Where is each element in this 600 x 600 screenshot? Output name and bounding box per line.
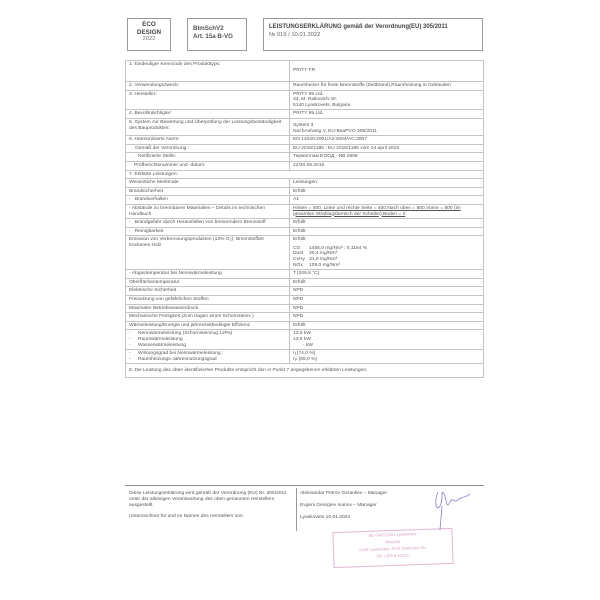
table-row: -Nennwärmeleistung (Schornsteinzug 12Pa)… xyxy=(126,330,484,350)
table-row: OberflächentemperaturErfüllt xyxy=(126,278,484,287)
signed-for-label: Unterzeichnet für und im Namen des Herst… xyxy=(129,514,289,520)
s3-label: 3. Hersteller: xyxy=(126,90,290,110)
power-label: Nennwärmeleistung (Schornsteinzug 12Pa) xyxy=(138,331,232,336)
power-labels: -Nennwärmeleistung (Schornsteinzug 12Pa)… xyxy=(126,330,290,350)
table-row: Wesentliche Merkmale: Leistungen: xyxy=(126,179,484,188)
eco-line2: DESIGN xyxy=(128,29,170,37)
document-number: № 019 / 10.01.2022 xyxy=(269,32,482,38)
emission-values: Erfüllt CO1455,0 mg/Nm³ ; 0,1164 % Dust3… xyxy=(290,236,484,270)
table-row: - Brandgefahr durch Herausfallen von bre… xyxy=(126,219,484,228)
table-row: 7. Erklärte Leistungen: xyxy=(126,170,484,179)
s1-value: PRITY FR xyxy=(290,61,484,82)
table-row: 8. Die Leistung des oben identifizierten… xyxy=(126,364,484,378)
power-value: - kW xyxy=(293,343,480,349)
row-value: Erfüllt xyxy=(290,278,484,287)
emission-nox: NOx105,0 mg/Nm³ xyxy=(293,263,480,269)
row-label: Freisetzung von gefährlichen Stoffen xyxy=(126,296,290,305)
row-value: Erfüllt xyxy=(290,187,484,196)
eco-line1: ECO xyxy=(128,21,170,29)
table-row: Emission von Verbrennungsprodukten (13% … xyxy=(126,236,484,270)
document-title: LEISTUNGSERKLÄRUNG gemäß der Verordnung(… xyxy=(269,24,482,30)
row-value: Erfüllt xyxy=(290,227,484,236)
table-row: - Abstände zu brennbaren Materialien – D… xyxy=(126,204,484,218)
test-report-label: Prüfberichtsnummer und -datum: xyxy=(126,161,290,170)
characteristics-header: Wesentliche Merkmale: xyxy=(126,179,290,188)
s6-label: 6. Harmonisierte Norm: xyxy=(126,136,290,145)
notified-body-label: Notifizierte Stelle: xyxy=(126,153,290,162)
row-label: - Abgastemperatur bei Nennwärmeleistung xyxy=(126,270,290,279)
table-row: Wärmeleistung/Energie und jahreszeitbedi… xyxy=(126,321,484,330)
emission-value: 105,0 mg/Nm³ xyxy=(309,263,340,269)
table-row: 1. Eindeutiger Kenncode des Produkttyps:… xyxy=(126,61,484,82)
row-value: NPD xyxy=(290,287,484,296)
table-row: Brandsicherheit Erfüllt xyxy=(126,187,484,196)
power-values: 13,9 kW 13,9 kW - kW xyxy=(290,330,484,350)
table-row: Freisetzung von gefährlichen StoffenNPD xyxy=(126,296,484,305)
regulation-label: Gemäß der Verordnung : xyxy=(126,144,290,153)
document-title-box: LEISTUNGSERKLÄRUNG gemäß der Verordnung(… xyxy=(263,18,483,51)
row-label: - Reinigbarkeit xyxy=(126,227,290,236)
power-label: Wasserwärmeleistung xyxy=(138,343,186,348)
emission-status: Erfüllt xyxy=(293,237,480,243)
row-label: Wärmeleistung/Energie und jahreszeitbedi… xyxy=(126,321,290,330)
table-row: Prüfberichtsnummer und -datum: 22/30.05.… xyxy=(126,161,484,170)
row-label: Maximaler Betriebswasserdruck xyxy=(126,304,290,313)
table-row: - Abgastemperatur bei NennwärmeleistungT… xyxy=(126,270,484,279)
regulation-value: EU 2015/1185 ; EU 2015/1186 vom 24 april… xyxy=(290,144,484,153)
table-row: 5. System zur Bewertung und Überprüfung … xyxy=(126,118,484,135)
s5-label: 5. System zur Bewertung und Überprüfung … xyxy=(126,118,290,135)
company-stamp: BG 040222401 Lyaskovets Bulgaria 5140 Ly… xyxy=(332,528,453,568)
handwritten-signature-icon xyxy=(420,482,480,532)
row-label: - Brandverhalten xyxy=(126,196,290,205)
table-row: Notifizierte Stelle: Термоплам ЕООД - NB… xyxy=(126,153,484,162)
s3-value: PRITY 95 Ltd. 33, M. Raikovich str. 5140… xyxy=(290,90,484,110)
row-value: A1 xyxy=(290,196,484,205)
efficiency-labels: -Wirkungsgrad bei Nennwärmeleistung : -R… xyxy=(126,350,290,364)
blm-line1: BImSchV2 xyxy=(193,25,246,33)
s2-value: Raumheizer für feste Brennstoffe (Zeitbr… xyxy=(290,82,484,91)
table-row: Mechanische Festigkeit (Zum tragen eines… xyxy=(126,313,484,322)
table-row: 2. Verwendungszweck: Raumheizer für fest… xyxy=(126,82,484,91)
s6-value: EN 13240:2001/A2:2004/AC:2007 xyxy=(290,136,484,145)
table-row: - Brandverhalten A1 xyxy=(126,196,484,205)
s4-value: PRITY 95 Ltd. xyxy=(290,110,484,119)
test-report-value: 22/30.05.2016 xyxy=(290,161,484,170)
responsibility-statement: Diese Leistungserklärung wird gemäß der … xyxy=(129,491,289,508)
row-label: Elektrische Sicherheit xyxy=(126,287,290,296)
row-value: Erfüllt xyxy=(290,219,484,228)
row-value: T [209,8 °C] xyxy=(290,270,484,279)
table-row: 3. Hersteller: PRITY 95 Ltd. 33, M. Raik… xyxy=(126,90,484,110)
row-label: Brandsicherheit xyxy=(126,187,290,196)
table-row: 6. Harmonisierte Norm: EN 13240:2001/A2:… xyxy=(126,136,484,145)
row-label: Oberflächentemperatur xyxy=(126,278,290,287)
table-row: 4. Bevollmächtigter: PRITY 95 Ltd. xyxy=(126,110,484,119)
row-label: - Abstände zu brennbaren Materialien – D… xyxy=(126,204,290,218)
efficiency-label: Raumheizungs-Jahresnutzungsgrad xyxy=(138,357,217,362)
row-label: - Brandgefahr durch Herausfallen von bre… xyxy=(126,219,290,228)
efficiency-label: Wirkungsgrad bei Nennwärmeleistung : xyxy=(138,351,223,356)
blm-line2: Art. 15a B-VG xyxy=(193,33,246,41)
s1-label: 1. Eindeutiger Kenncode des Produkttyps: xyxy=(126,61,290,82)
manufacturer-city: 5140 Lyaskovets, Bulgaria xyxy=(293,103,480,109)
s4-label: 4. Bevollmächtigter: xyxy=(126,110,290,119)
row-label: Mechanische Festigkeit (Zum tragen eines… xyxy=(126,313,290,322)
table-row: Maximaler BetriebswasserdruckNPD xyxy=(126,304,484,313)
declaration-table: 1. Eindeutiger Kenncode des Produkttyps:… xyxy=(125,60,484,378)
row-value: NPD xyxy=(290,296,484,305)
emission-label: Emission von Verbrennungsprodukten (13% … xyxy=(126,236,290,270)
s5-value: System 3 NachAnhang V, EU-BauPVO 305/201… xyxy=(290,118,484,135)
row-value: NPD xyxy=(290,304,484,313)
efficiency-values: η [74,0 %] ηₛ [65,0 %] xyxy=(290,350,484,364)
s5-annex: NachAnhang V, EU-BauPVO 305/2011 xyxy=(293,129,480,135)
table-row: Gemäß der Verordnung : EU 2015/1185 ; EU… xyxy=(126,144,484,153)
s8-statement: 8. Die Leistung des oben identifizierten… xyxy=(126,364,484,378)
table-row: -Wirkungsgrad bei Nennwärmeleistung : -R… xyxy=(126,350,484,364)
signature-left: Diese Leistungserklärung wird gemäß der … xyxy=(129,491,289,520)
efficiency-value: ηₛ [65,0 %] xyxy=(293,357,480,363)
performance-header: Leistungen: xyxy=(290,179,484,188)
notified-body-value: Термоплам ЕООД - NB 2608 xyxy=(290,153,484,162)
table-row: Elektrische SicherheitNPD xyxy=(126,287,484,296)
table-row: - Reinigbarkeit Erfüllt xyxy=(126,227,484,236)
power-label: Raumwärmeleistung xyxy=(138,337,183,342)
eco-year: 2022 xyxy=(128,36,170,44)
row-value: Hinten = 400, Linke und rechte Seite = 4… xyxy=(290,204,484,218)
emission-key: NOx xyxy=(293,263,309,269)
divider xyxy=(296,488,297,531)
row-value: NPD xyxy=(290,313,484,322)
s2-label: 2. Verwendungszweck: xyxy=(126,82,290,91)
eco-design-badge: ECO DESIGN 2022 xyxy=(127,18,171,51)
s7-label: 7. Erklärte Leistungen: xyxy=(126,170,484,179)
row-value: Erfüllt xyxy=(290,321,484,330)
bimschv-badge: BImSchV2 Art. 15a B-VG xyxy=(187,18,247,51)
